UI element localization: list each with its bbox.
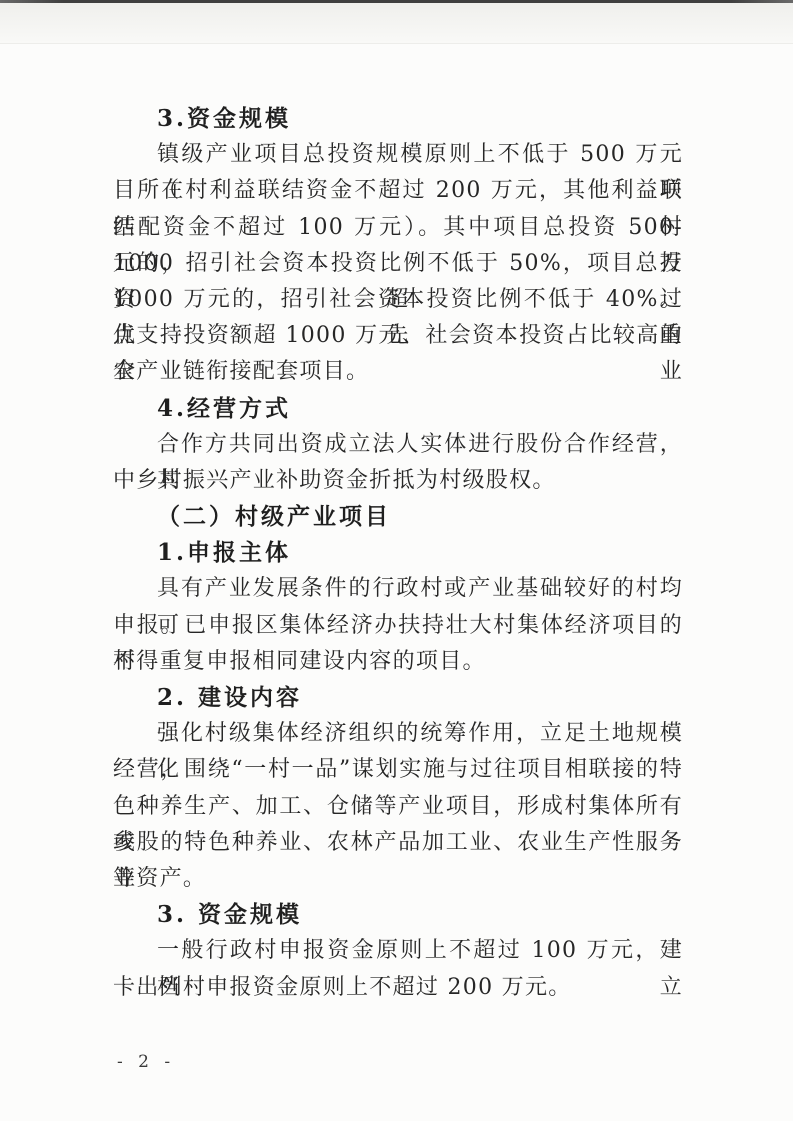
paragraph-line: 经营，围绕“一村一品”谋划实施与过往项目相联接的特 [113, 752, 683, 788]
heading-town-funding-scale: 3.资金规模 [113, 101, 683, 137]
paragraph-line: 等资产。 [113, 861, 683, 897]
paragraph-line: 色种养生产、加工、仓储等产业项目，形成村集体所有或 [113, 789, 683, 825]
document-page: 3.资金规模 镇级产业项目总投资规模原则上不低于 500 万元（项 目所在村利益… [0, 0, 793, 1121]
paragraph-line: 参股的特色种养业、农林产品加工业、农业生产性服务业 [113, 825, 683, 861]
paragraph-line: 元的，招引社会资本投资比例不低于 50%，项目总投资超过 [113, 246, 683, 282]
heading-operation-mode: 4.经营方式 [113, 391, 683, 427]
scan-shadow-band [0, 3, 793, 44]
paragraph-line: 点支持投资额超 1000 万元、社会资本投资占比较高的农业 [113, 318, 683, 354]
paragraph-line: 强化村级集体经济组织的统筹作用，立足土地规模化 [113, 716, 683, 752]
paragraph-line: 镇级产业项目总投资规模原则上不低于 500 万元（项 [113, 137, 683, 173]
paragraph-line: 合作方共同出资成立法人实体进行股份合作经营，其 [113, 427, 683, 463]
paragraph-line: 不得重复申报相同建设内容的项目。 [113, 644, 683, 680]
heading-construction-content: 2. 建设内容 [113, 680, 683, 716]
paragraph-line: 目所在村利益联结资金不超过 200 万元，其他利益联结村 [113, 173, 683, 209]
paragraph-line: 具有产业发展条件的行政村或产业基础较好的村均可 [113, 571, 683, 607]
heading-section-village-projects: （二）村级产业项目 [113, 499, 683, 535]
page-number: - 2 - [117, 1052, 175, 1072]
paragraph-line: 申报。已申报区集体经济办扶持壮大村集体经济项目的村 [113, 608, 683, 644]
heading-application-subject: 1.申报主体 [113, 535, 683, 571]
paragraph-line: 中乡村振兴产业补助资金折抵为村级股权。 [113, 463, 683, 499]
document-body: 3.资金规模 镇级产业项目总投资规模原则上不低于 500 万元（项 目所在村利益… [113, 101, 683, 1006]
paragraph-line: 匹配资金不超过 100 万元）。其中项目总投资 500-1000 万 [113, 210, 683, 246]
heading-village-funding-scale: 3. 资金规模 [113, 897, 683, 933]
paragraph-line: 一般行政村申报资金原则上不超过 100 万元，建档立 [113, 933, 683, 969]
paragraph-line: 1000 万元的，招引社会资本投资比例不低于 40%。优先重 [113, 282, 683, 318]
